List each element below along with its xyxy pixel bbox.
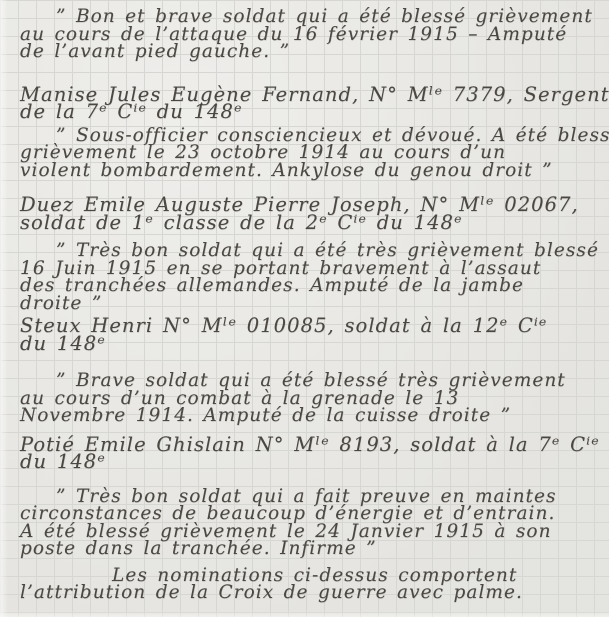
handwritten-line: violent bombardement. Ankylose du genou … — [20, 162, 603, 180]
citation-paragraph: ” Sous-officier consciencieux et dévoué.… — [20, 127, 603, 180]
citation-paragraph: ” Brave soldat qui a été blessé très gri… — [20, 372, 603, 425]
soldier-entry: Duez Emile Auguste Pierre Joseph, N° Mˡᵉ… — [20, 196, 603, 231]
handwritten-line: grièvement le 23 octobre 1914 au cours d… — [20, 144, 603, 162]
manuscript-page: ” Bon et brave soldat qui a été blessé g… — [0, 0, 609, 617]
handwritten-line: droite ” — [20, 295, 603, 313]
handwritten-line: soldat de 1ᵉ classe de la 2ᵉ Cⁱᵉ du 148ᵉ — [20, 214, 603, 232]
handwritten-line: ” Bon et brave soldat qui a été blessé g… — [20, 8, 603, 26]
handwritten-line: l’attribution de la Croix de guerre avec… — [20, 584, 603, 602]
citation-paragraph: ” Bon et brave soldat qui a été blessé g… — [20, 8, 603, 61]
handwritten-line: Steux Henri N° Mˡᵉ 010085, soldat à la 1… — [20, 317, 603, 335]
soldier-entry: Manise Jules Eugène Fernand, N° Mˡᵉ 7379… — [20, 86, 603, 121]
handwritten-line: ” Très bon soldat qui a été très grièvem… — [20, 242, 603, 260]
closing-statement: Les nominations ci-dessus comportentl’at… — [20, 567, 603, 602]
handwritten-line: des tranchées allemandes. Amputé de la j… — [20, 277, 603, 295]
handwritten-line: ” Brave soldat qui a été blessé très gri… — [20, 372, 603, 390]
soldier-entry: Steux Henri N° Mˡᵉ 010085, soldat à la 1… — [20, 317, 603, 352]
handwritten-line: circonstances de beaucoup d’énergie et d… — [20, 505, 603, 523]
handwritten-line: de l’avant pied gauche. ” — [20, 43, 603, 61]
handwritten-line: Novembre 1914. Amputé de la cuisse droit… — [20, 407, 603, 425]
citation-paragraph: ” Très bon soldat qui a été très grièvem… — [20, 242, 603, 312]
handwritten-line: Potié Emile Ghislain N° Mˡᵉ 8193, soldat… — [20, 436, 603, 454]
document-body: ” Bon et brave soldat qui a été blessé g… — [20, 8, 603, 602]
soldier-entry: Potié Emile Ghislain N° Mˡᵉ 8193, soldat… — [20, 436, 603, 471]
handwritten-line: du 148ᵉ — [20, 335, 603, 353]
citation-paragraph: ” Très bon soldat qui a fait preuve en m… — [20, 488, 603, 558]
handwritten-line: poste dans la tranchée. Infirme ” — [20, 540, 603, 558]
